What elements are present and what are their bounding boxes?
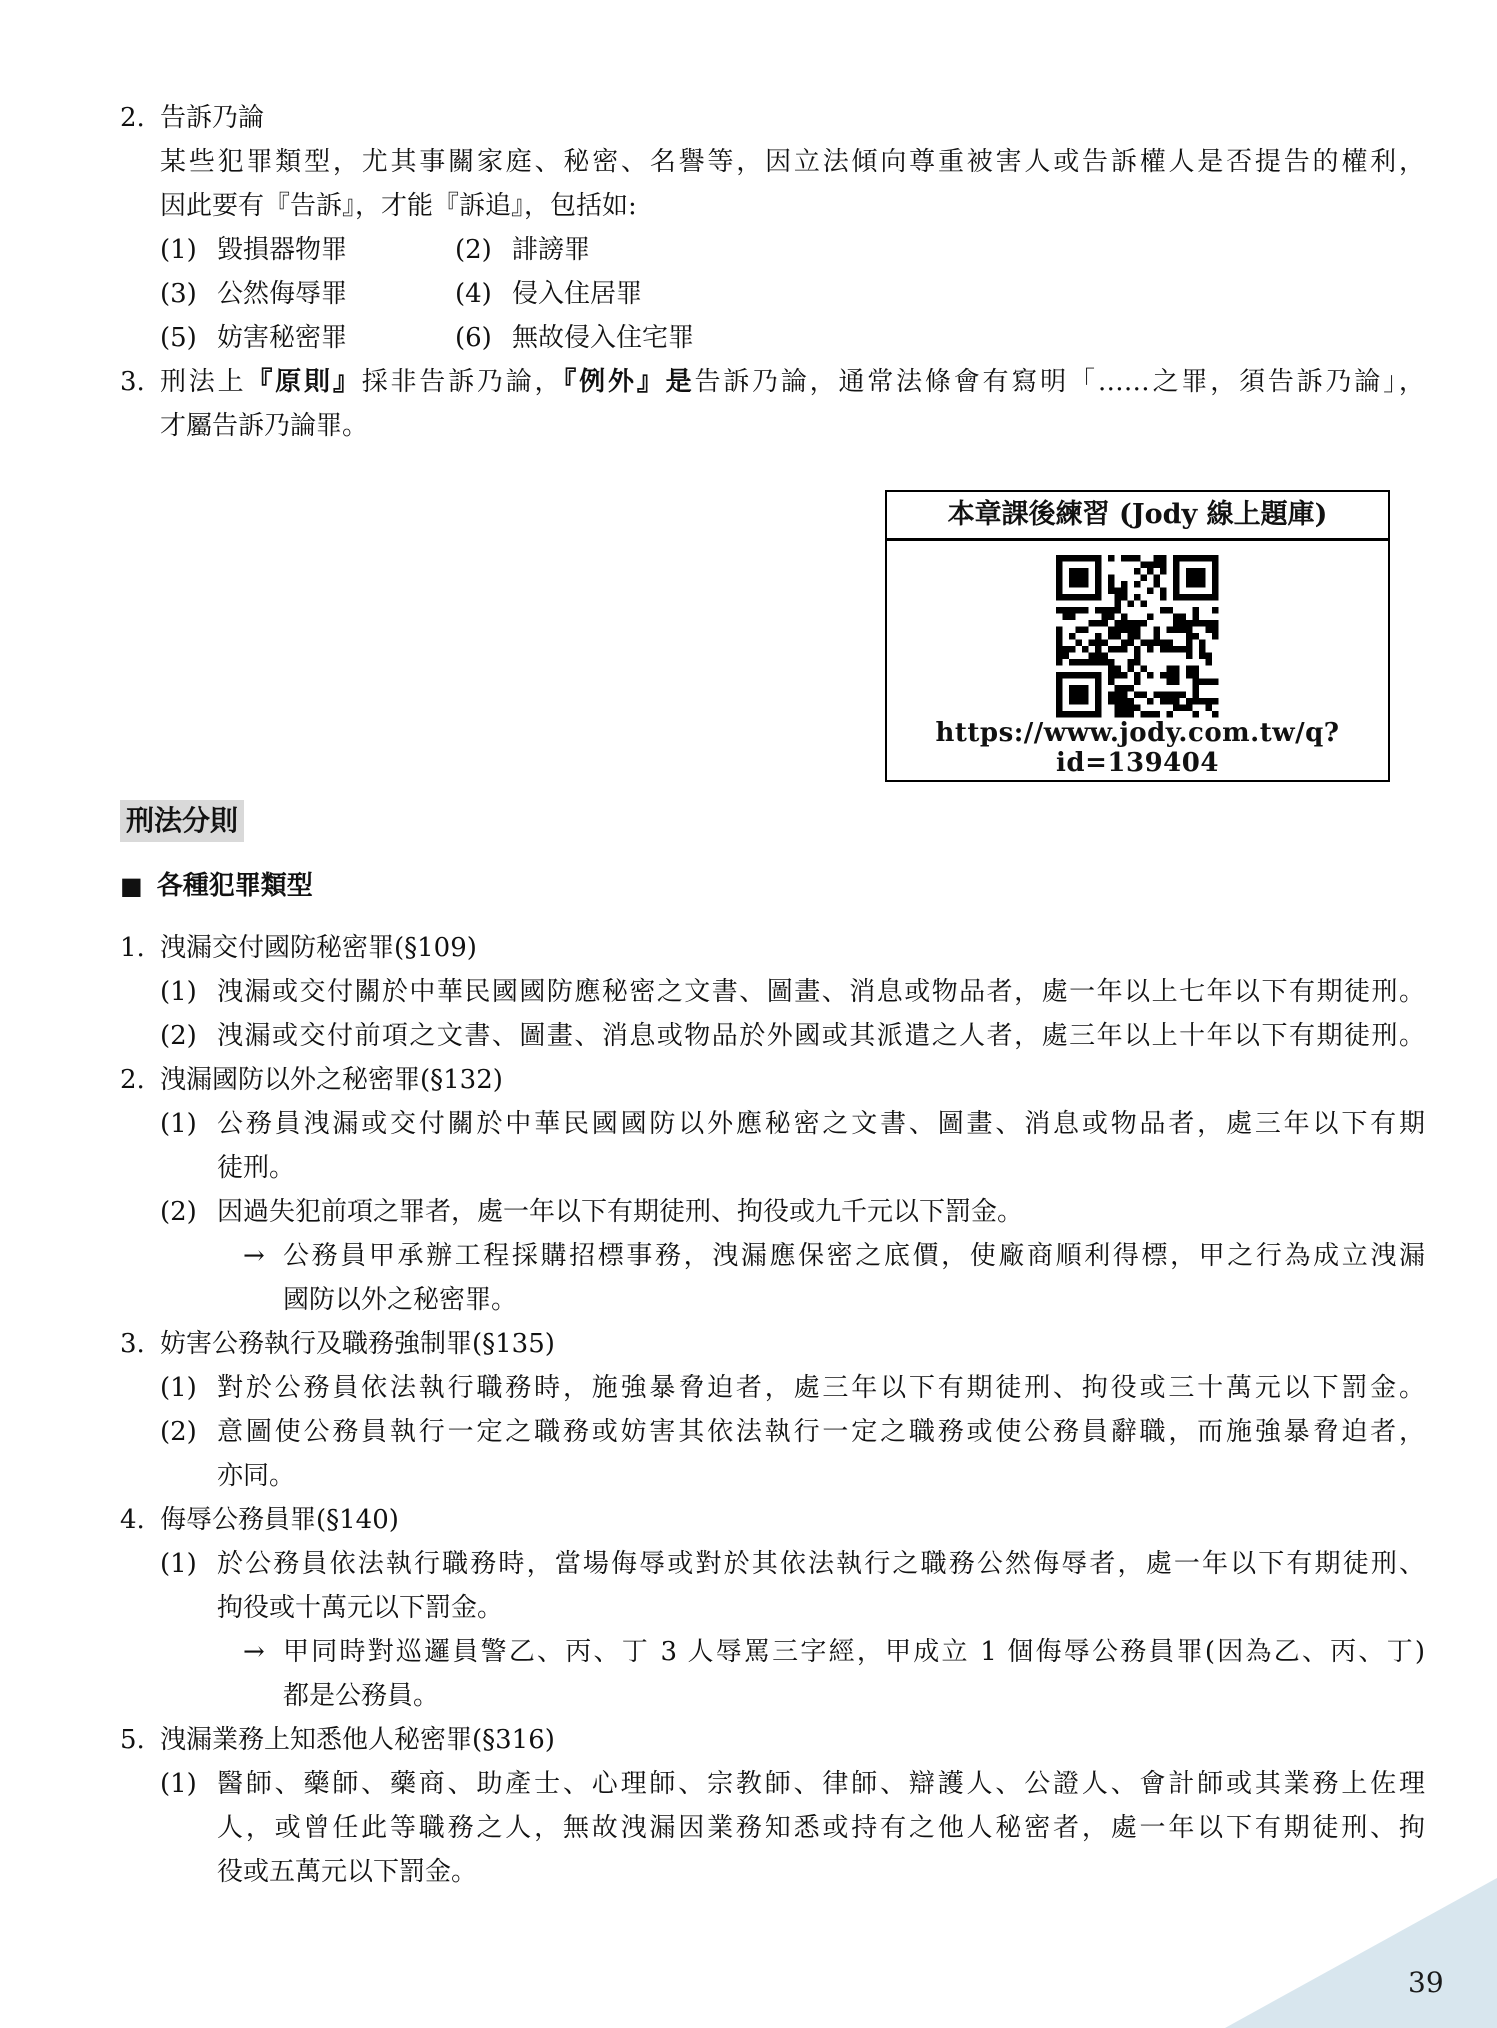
crime-label: 妨害秘密罪: [217, 316, 347, 360]
provision-text: 於公務員依法執行職務時，當場侮辱或對於其依法執行之職務公然侮辱者，處一年以下有期…: [217, 1542, 1425, 1586]
crime-cell: (4) 侵入住居罪: [455, 272, 1425, 316]
highlighted-title: 刑法分則: [120, 800, 244, 842]
qr-box-title: 本章課後練習 (Jody 線上題庫): [887, 492, 1388, 541]
provision-number: (1): [160, 1102, 217, 1190]
paragraph-line: 刑法上『原則』採非告訴乃論，『例外』是告訴乃論，通常法條會有寫明「……之罪，須告…: [160, 360, 1425, 404]
crime-label: 誹謗罪: [512, 228, 590, 272]
crime-number: (4): [455, 272, 512, 316]
qr-box-url: https://www.jody.com.tw/q?id=139404: [887, 718, 1388, 786]
sub-section-title: 各種犯罪類型: [157, 866, 313, 906]
provision-text: 徒刑。: [217, 1146, 1425, 1190]
crime-cell: (6) 無故侵入住宅罪: [455, 316, 1425, 360]
list-item-title: 告訴乃論: [160, 96, 1425, 140]
crime-label: 毀損器物罪: [217, 228, 347, 272]
qr-code-icon: [887, 555, 1388, 718]
provision-number: (1): [160, 1542, 217, 1630]
crime-number: (6): [455, 316, 512, 360]
crime-label: 無故侵入住宅罪: [512, 316, 694, 360]
page-number: 39: [1408, 1966, 1444, 1999]
offense-list: 1. 洩漏交付國防秘密罪(§109) (1) 洩漏或交付關於中華民國國防應秘密之…: [120, 926, 1425, 1894]
offense-title: 妨害公務執行及職務強制罪(§135): [160, 1322, 1425, 1366]
provision-text: 洩漏或交付前項之文書、圖畫、消息或物品於外國或其派遣之人者，處三年以上十年以下有…: [217, 1014, 1425, 1058]
paragraph-line: 某些犯罪類型，尤其事關家庭、秘密、名譽等，因立法傾向尊重被害人或告訴權人是否提告…: [160, 140, 1425, 184]
example-note: → 甲同時對巡邏員警乙、丙、丁 3 人辱罵三字經，甲成立 1 個侮辱公務員罪(因…: [160, 1630, 1425, 1718]
paragraph-line: 因此要有『告訴』，才能『訴追』，包括如:: [160, 184, 1425, 228]
crime-label: 公然侮辱罪: [217, 272, 347, 316]
provision-number: (2): [160, 1410, 217, 1498]
offense-item: 1. 洩漏交付國防秘密罪(§109) (1) 洩漏或交付關於中華民國國防應秘密之…: [120, 926, 1425, 1058]
arrow-icon: →: [243, 1630, 283, 1718]
sub-section-header: ■ 各種犯罪類型: [120, 866, 1425, 906]
provision-text: 因過失犯前項之罪者，處一年以下有期徒刑、拘役或九千元以下罰金。: [217, 1190, 1425, 1234]
crime-cell: (1) 毀損器物罪: [160, 228, 455, 272]
list-item-2: 2. 告訴乃論 某些犯罪類型，尤其事關家庭、秘密、名譽等，因立法傾向尊重被害人或…: [120, 96, 1425, 360]
provision: (1) 洩漏或交付關於中華民國國防應秘密之文書、圖畫、消息或物品者，處一年以上七…: [160, 970, 1425, 1014]
crime-number: (5): [160, 316, 217, 360]
crime-row: (3) 公然侮辱罪 (4) 侵入住居罪: [160, 272, 1425, 316]
provision-number: (1): [160, 1762, 217, 1894]
list-item-number: 2.: [120, 96, 160, 360]
offense-item: 3. 妨害公務執行及職務強制罪(§135) (1) 對於公務員依法執行職務時，施…: [120, 1322, 1425, 1498]
provision-text: 對於公務員依法執行職務時，施強暴脅迫者，處三年以下有期徒刑、拘役或三十萬元以下罰…: [217, 1366, 1425, 1410]
provision-text: 人，或曾任此等職務之人，無故洩漏因業務知悉或持有之他人秘密者，處一年以下有期徒刑…: [217, 1806, 1425, 1850]
provision-text: 拘役或十萬元以下罰金。: [217, 1586, 1425, 1630]
crime-number: (3): [160, 272, 217, 316]
provision: (2) 洩漏或交付前項之文書、圖畫、消息或物品於外國或其派遣之人者，處三年以上十…: [160, 1014, 1425, 1058]
provision-text: 洩漏或交付關於中華民國國防應秘密之文書、圖畫、消息或物品者，處一年以上七年以下有…: [217, 970, 1425, 1014]
offense-title: 洩漏業務上知悉他人秘密罪(§316): [160, 1718, 1425, 1762]
provision-text: 醫師、藥師、藥商、助產士、心理師、宗教師、律師、辯護人、公證人、會計師或其業務上…: [217, 1762, 1425, 1806]
crime-row: (1) 毀損器物罪 (2) 誹謗罪: [160, 228, 1425, 272]
square-bullet-icon: ■: [120, 866, 143, 906]
provision: (1) 醫師、藥師、藥商、助產士、心理師、宗教師、律師、辯護人、公證人、會計師或…: [160, 1762, 1425, 1894]
example-note: → 公務員甲承辦工程採購招標事務，洩漏應保密之底價，使廠商順利得標，甲之行為成立…: [160, 1234, 1425, 1322]
offense-number: 1.: [120, 926, 160, 1058]
offense-number: 3.: [120, 1322, 160, 1498]
provision: (1) 於公務員依法執行職務時，當場侮辱或對於其依法執行之職務公然侮辱者，處一年…: [160, 1542, 1425, 1630]
paragraph-line: 才屬告訴乃論罪。: [160, 404, 1425, 448]
provision-text: 役或五萬元以下罰金。: [217, 1850, 1425, 1894]
provision: (2) 意圖使公務員執行一定之職務或妨害其依法執行一定之職務或使公務員辭職，而施…: [160, 1410, 1425, 1498]
crime-label: 侵入住居罪: [512, 272, 642, 316]
provision-number: (1): [160, 1366, 217, 1410]
provision-text: 亦同。: [217, 1454, 1425, 1498]
note-text: 國防以外之秘密罪。: [283, 1278, 1425, 1322]
offense-title: 侮辱公務員罪(§140): [160, 1498, 1425, 1542]
list-item-number: 3.: [120, 360, 160, 448]
corner-triangle-decoration: [1225, 1878, 1497, 2028]
note-text: 甲同時對巡邏員警乙、丙、丁 3 人辱罵三字經，甲成立 1 個侮辱公務員罪(因為乙…: [283, 1630, 1425, 1674]
offense-item: 4. 侮辱公務員罪(§140) (1) 於公務員依法執行職務時，當場侮辱或對於其…: [120, 1498, 1425, 1718]
document-page: 2. 告訴乃論 某些犯罪類型，尤其事關家庭、秘密、名譽等，因立法傾向尊重被害人或…: [0, 0, 1497, 2028]
offense-title: 洩漏交付國防秘密罪(§109): [160, 926, 1425, 970]
offense-number: 2.: [120, 1058, 160, 1322]
provision-text: 意圖使公務員執行一定之職務或妨害其依法執行一定之職務或使公務員辭職，而施強暴脅迫…: [217, 1410, 1425, 1454]
crime-row: (5) 妨害秘密罪 (6) 無故侵入住宅罪: [160, 316, 1425, 360]
offense-item: 5. 洩漏業務上知悉他人秘密罪(§316) (1) 醫師、藥師、藥商、助產士、心…: [120, 1718, 1425, 1894]
provision-text: 公務員洩漏或交付關於中華民國國防以外應秘密之文書、圖畫、消息或物品者，處三年以下…: [217, 1102, 1425, 1146]
offense-title: 洩漏國防以外之秘密罪(§132): [160, 1058, 1425, 1102]
crime-cell: (2) 誹謗罪: [455, 228, 1425, 272]
provision: (1) 公務員洩漏或交付關於中華民國國防以外應秘密之文書、圖畫、消息或物品者，處…: [160, 1102, 1425, 1190]
crime-cell: (5) 妨害秘密罪: [160, 316, 455, 360]
list-item-3: 3. 刑法上『原則』採非告訴乃論，『例外』是告訴乃論，通常法條會有寫明「……之罪…: [120, 360, 1425, 448]
offense-number: 4.: [120, 1498, 160, 1718]
general-principles-list: 2. 告訴乃論 某些犯罪類型，尤其事關家庭、秘密、名譽等，因立法傾向尊重被害人或…: [120, 96, 1425, 448]
offense-item: 2. 洩漏國防以外之秘密罪(§132) (1) 公務員洩漏或交付關於中華民國國防…: [120, 1058, 1425, 1322]
note-text: 都是公務員。: [283, 1674, 1425, 1718]
offense-number: 5.: [120, 1718, 160, 1894]
part-section-header: 刑法分則: [120, 800, 1425, 842]
provision-number: (2): [160, 1190, 217, 1234]
provision: (1) 對於公務員依法執行職務時，施強暴脅迫者，處三年以下有期徒刑、拘役或三十萬…: [160, 1366, 1425, 1410]
crime-number: (1): [160, 228, 217, 272]
provision-number: (1): [160, 970, 217, 1014]
crime-number: (2): [455, 228, 512, 272]
provision: (2) 因過失犯前項之罪者，處一年以下有期徒刑、拘役或九千元以下罰金。: [160, 1190, 1425, 1234]
crime-cell: (3) 公然侮辱罪: [160, 272, 455, 316]
arrow-icon: →: [243, 1234, 283, 1322]
provision-number: (2): [160, 1014, 217, 1058]
note-text: 公務員甲承辦工程採購招標事務，洩漏應保密之底價，使廠商順利得標，甲之行為成立洩漏: [283, 1234, 1425, 1278]
practice-qr-box: 本章課後練習 (Jody 線上題庫) https://www.jody.com.…: [885, 490, 1390, 782]
